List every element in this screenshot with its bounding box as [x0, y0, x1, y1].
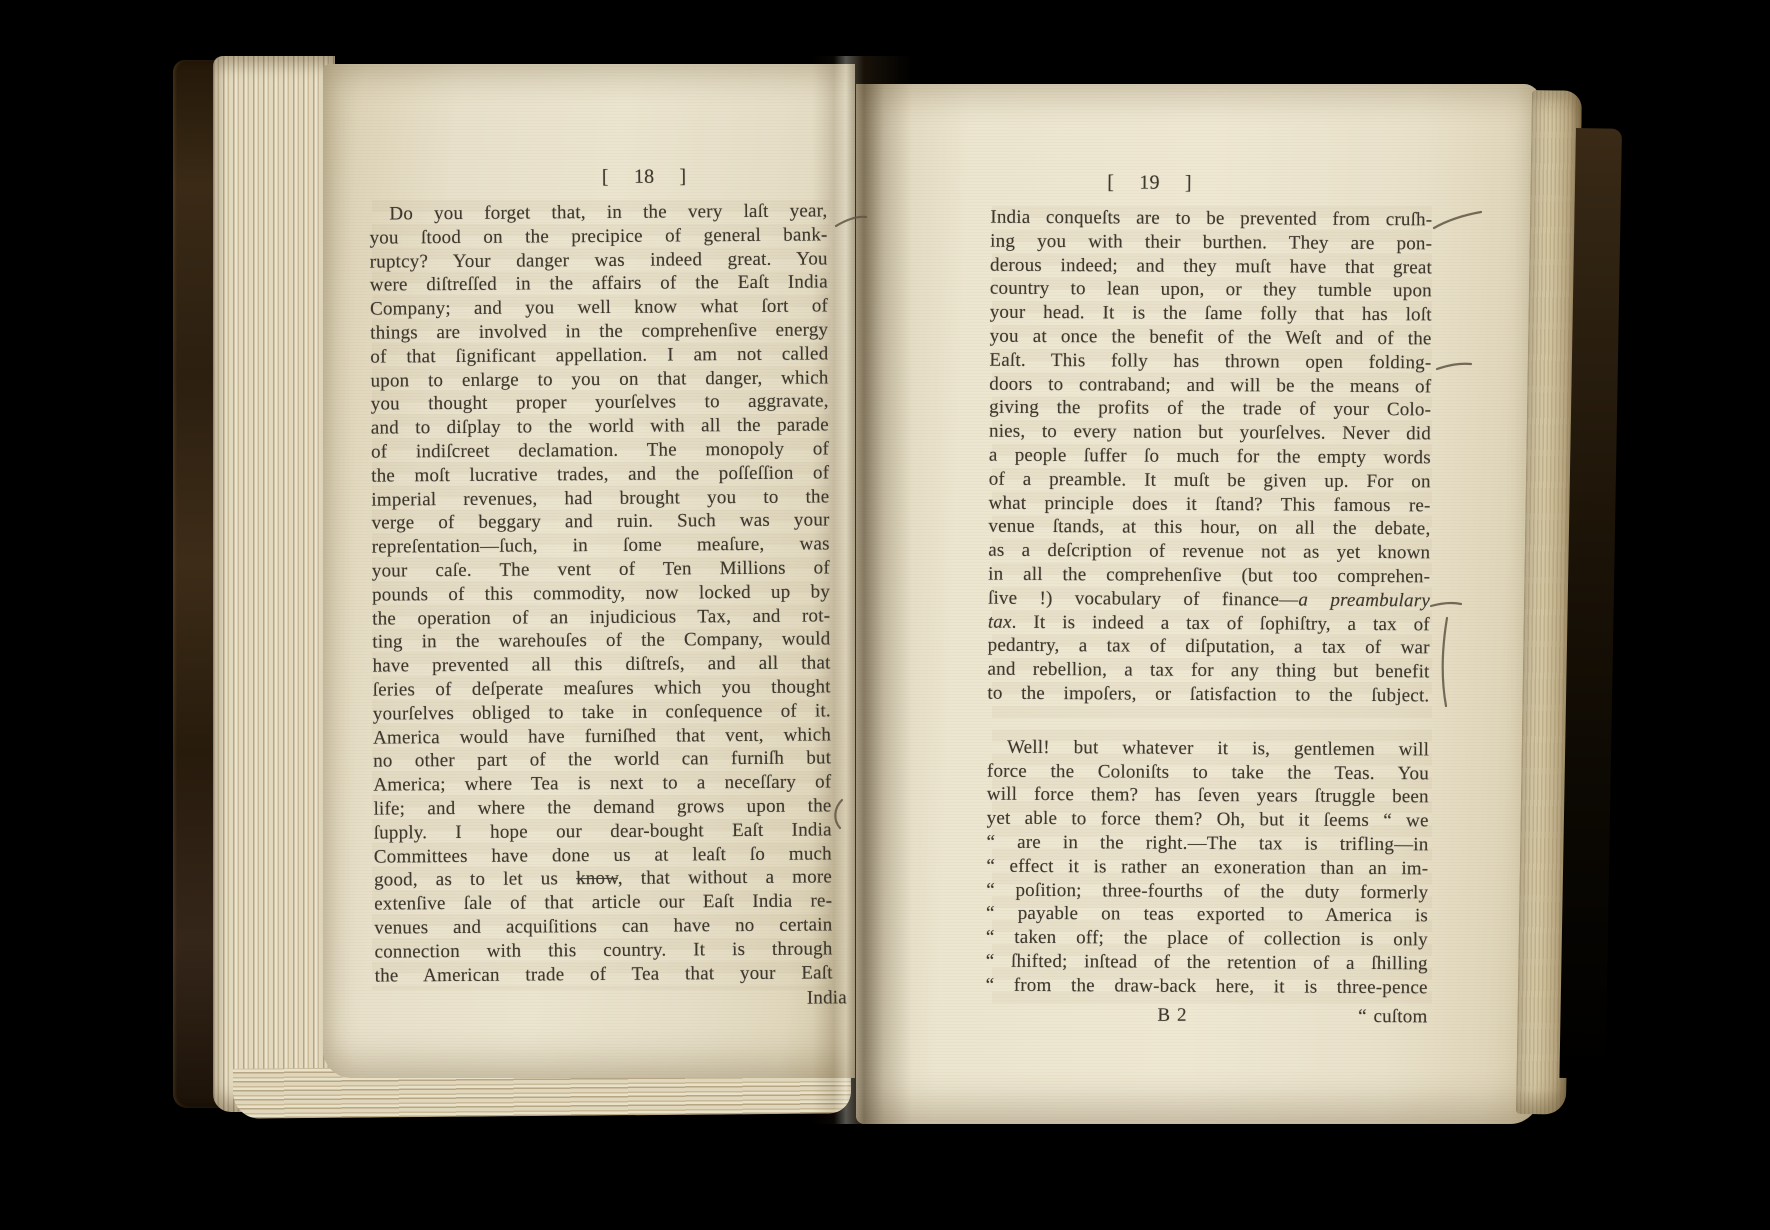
pen-mark — [1443, 618, 1447, 706]
pen-mark — [1431, 603, 1461, 606]
pen-mark — [1434, 212, 1481, 228]
photo-backdrop: [ 18 ] Do you forget that, in the very l… — [0, 0, 1770, 1230]
pen-mark — [836, 217, 866, 226]
pen-marks-overlay — [0, 0, 1770, 1230]
pen-mark — [835, 800, 842, 828]
pen-mark — [1437, 364, 1471, 369]
